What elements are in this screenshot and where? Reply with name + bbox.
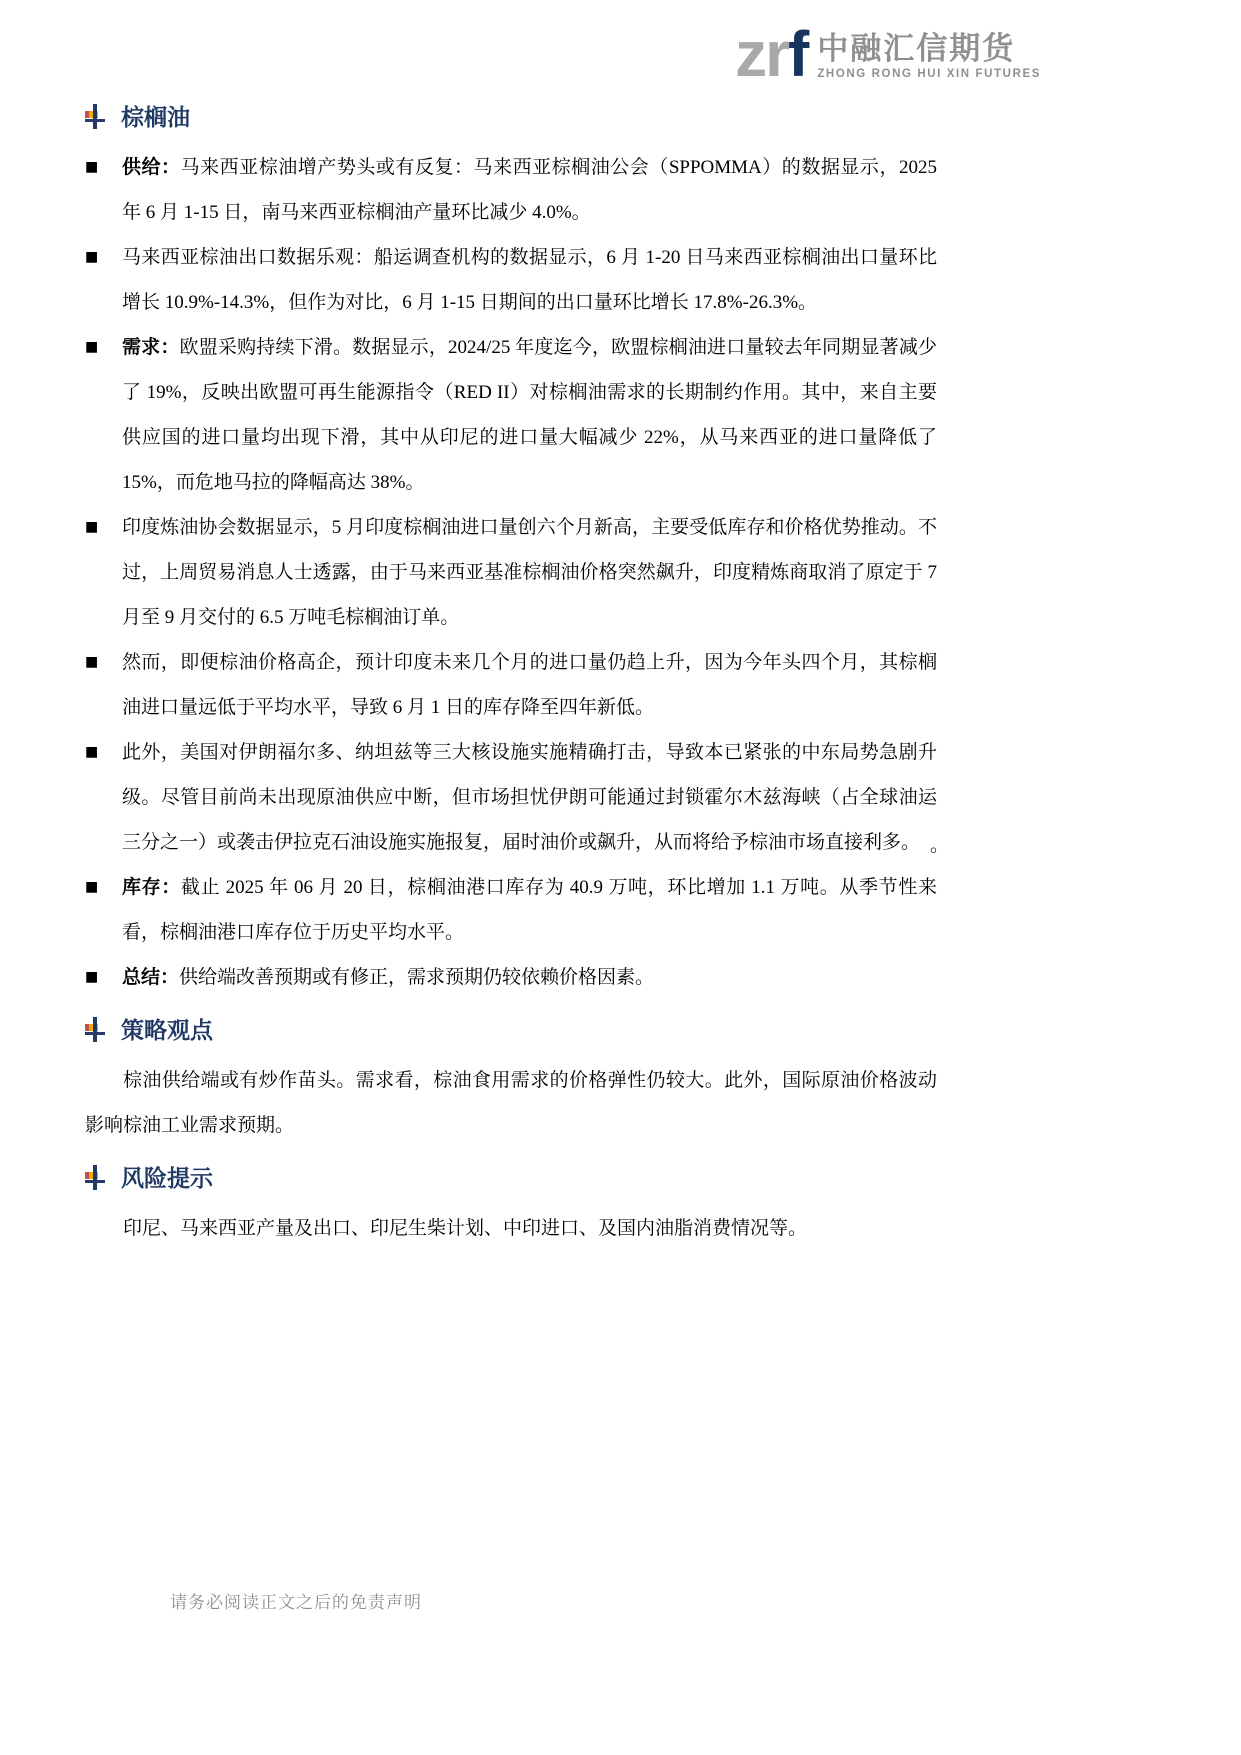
bullet-text: 马来西亚棕油出口数据乐观：船运调查机构的数据显示，6 月 1-20 日马来西亚棕… xyxy=(122,247,937,313)
brand-name-cn: 中融汇信期货 xyxy=(817,32,1041,66)
bullet-demand: ■ 需求：欧盟采购持续下滑。数据显示，2024/25 年度迄今，欧盟棕榈油进口量… xyxy=(85,325,937,505)
square-bullet-marker: ■ xyxy=(85,325,98,370)
header-logo: zrf 中融汇信期货 ZHONG RONG HUI XIN FUTURES xyxy=(735,24,1041,84)
palm-bullet-list: ■ 供给：马来西亚棕油增产势头或有反复：马来西亚棕榈油公会（SPPOMMA）的数… xyxy=(85,145,937,1000)
section-header-palm-oil: 棕榈油 xyxy=(85,103,937,131)
section-title-palm-oil: 棕榈油 xyxy=(121,103,190,131)
bullet-text: 然而，即便棕油价格高企，预计印度未来几个月的进口量仍趋上升，因为今年头四个月，其… xyxy=(122,652,937,718)
report-body: 棕榈油 ■ 供给：马来西亚棕油增产势头或有反复：马来西亚棕榈油公会（SPPOMM… xyxy=(85,103,937,1251)
disclaimer-text: 请务必阅读正文之后的免责声明 xyxy=(170,1588,422,1613)
bullet-supply: ■ 供给：马来西亚棕油增产势头或有反复：马来西亚棕榈油公会（SPPOMMA）的数… xyxy=(85,145,937,235)
square-bullet-marker: ■ xyxy=(85,730,98,775)
bullet-summary: ■ 总结：供给端改善预期或有修正，需求预期仍较依赖价格因素。 xyxy=(85,955,937,1000)
brand-name-en: ZHONG RONG HUI XIN FUTURES xyxy=(817,68,1041,80)
bullet-text: 截止 2025 年 06 月 20 日，棕榈油港口库存为 40.9 万吨，环比增… xyxy=(122,877,937,943)
anchor-bullet-icon xyxy=(85,1165,107,1191)
bullet-export-data: ■ 马来西亚棕油出口数据乐观：船运调查机构的数据显示，6 月 1-20 日马来西… xyxy=(85,235,937,325)
bullet-text: 供给端改善预期或有修正，需求预期仍较依赖价格因素。 xyxy=(179,967,654,988)
anchor-bullet-icon xyxy=(85,104,107,130)
anchor-bullet-icon xyxy=(85,1017,107,1043)
risk-paragraph: 印尼、马来西亚产量及出口、印尼生柴计划、中印进口、及国内油脂消费情况等。 xyxy=(85,1206,937,1251)
square-bullet-marker: ■ xyxy=(85,640,98,685)
bullet-text: 印度炼油协会数据显示，5 月印度棕榈油进口量创六个月新高，主要受低库存和价格优势… xyxy=(122,517,937,628)
bullet-text: 马来西亚棕油增产势头或有反复：马来西亚棕榈油公会（SPPOMMA）的数据显示，2… xyxy=(122,157,937,223)
square-bullet-marker: ■ xyxy=(85,235,98,280)
brand-block: 中融汇信期货 ZHONG RONG HUI XIN FUTURES xyxy=(817,24,1041,80)
bullet-lead: 供给： xyxy=(122,157,181,178)
square-bullet-marker: ■ xyxy=(85,505,98,550)
section-title-risk: 风险提示 xyxy=(121,1164,213,1192)
zrf-logo: zrf xyxy=(735,24,807,84)
bullet-text: 欧盟采购持续下滑。数据显示，2024/25 年度迄今，欧盟棕榈油进口量较去年同期… xyxy=(122,337,937,493)
bullet-india-outlook: ■ 然而，即便棕油价格高企，预计印度未来几个月的进口量仍趋上升，因为今年头四个月… xyxy=(85,640,937,730)
section-header-strategy: 策略观点 xyxy=(85,1016,937,1044)
square-bullet-marker: ■ xyxy=(85,865,98,910)
report-page: zrf 中融汇信期货 ZHONG RONG HUI XIN FUTURES 棕榈… xyxy=(0,0,1241,1755)
bullet-text: 此外，美国对伊朗福尔多、纳坦兹等三大核设施实施精确打击，导致本已紧张的中东局势急… xyxy=(122,742,937,853)
square-bullet-marker: ■ xyxy=(85,955,98,1000)
strategy-paragraph: 棕油供给端或有炒作苗头。需求看，棕油食用需求的价格弹性仍较大。此外，国际原油价格… xyxy=(85,1058,937,1148)
logo-letter-f: f xyxy=(788,18,807,90)
logo-letters-zr: zr xyxy=(735,18,788,90)
stray-punctuation: 。 xyxy=(930,823,949,868)
bullet-lead: 总结： xyxy=(122,967,179,988)
bullet-lead: 需求： xyxy=(122,337,180,358)
bullet-india-imports: ■ 印度炼油协会数据显示，5 月印度棕榈油进口量创六个月新高，主要受低库存和价格… xyxy=(85,505,937,640)
bullet-geopolitics: ■ 此外，美国对伊朗福尔多、纳坦兹等三大核设施实施精确打击，导致本已紧张的中东局… xyxy=(85,730,937,865)
section-header-risk: 风险提示 xyxy=(85,1164,937,1192)
bullet-lead: 库存： xyxy=(122,877,181,898)
bullet-inventory: ■ 库存：截止 2025 年 06 月 20 日，棕榈油港口库存为 40.9 万… xyxy=(85,865,937,955)
square-bullet-marker: ■ xyxy=(85,145,98,190)
section-title-strategy: 策略观点 xyxy=(121,1016,213,1044)
